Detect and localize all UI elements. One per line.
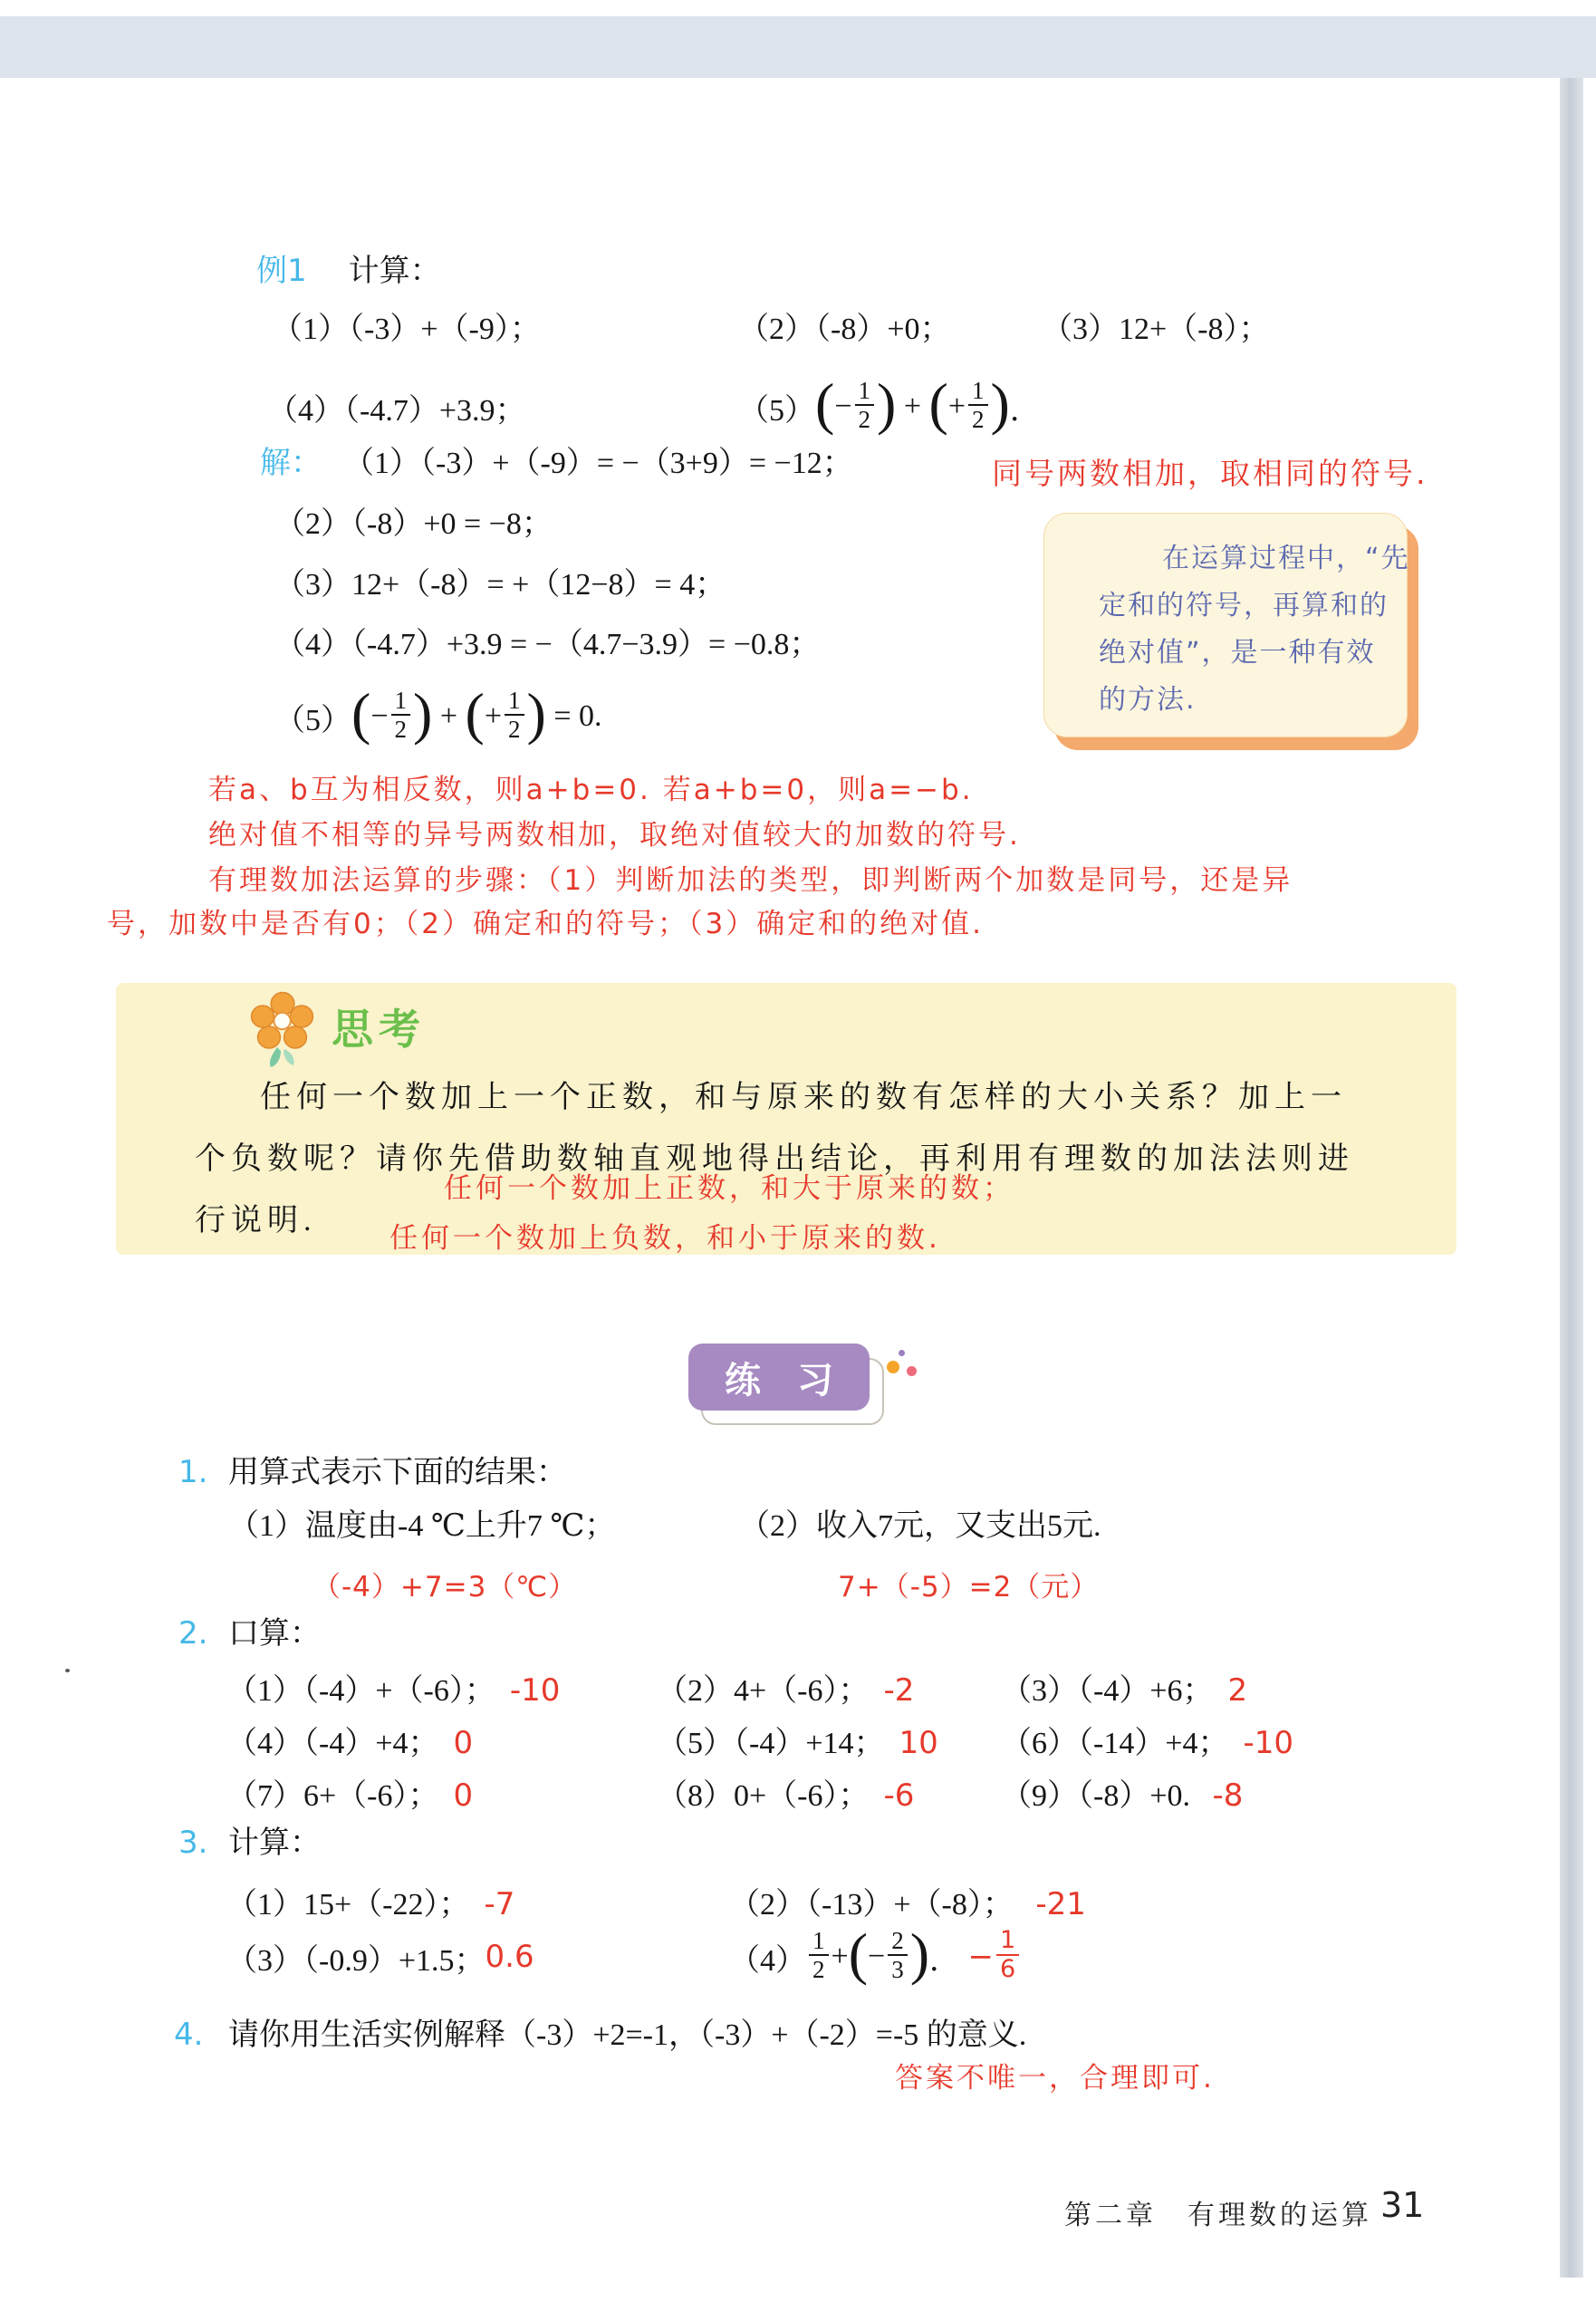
text-segment: + [832,1940,849,1974]
text-segment: -6 [884,1777,915,1814]
text-segment: − [968,1939,995,1975]
text-segment: 0.6 [486,1939,534,1975]
text-segment: -2 [884,1672,915,1709]
decor-dot-purple [899,1350,905,1356]
scan-speck [65,1669,70,1672]
text-segment: 0 [454,1777,474,1814]
solution-label: 解： [260,444,322,483]
example-problem-4-text: （4）（-4.7）+3.9； [267,385,526,429]
think-line-1: 任何一个数加上一个正数，和与原来的数有怎样的大小关系？加上一 [260,1072,1347,1116]
big-paren: ) [877,375,896,433]
text-segment: − [834,390,851,424]
text-segment: （8）0+（-6）； [657,1770,870,1815]
hand-note-4: 号，加数中是否有0；（2）确定和的符号；（3）确定和的绝对值. [107,901,984,941]
text-segment: − [868,1940,885,1974]
fraction: 12 [809,1927,829,1983]
solution-step-2: （2）（-8）+0 = −8； [274,506,553,544]
oral-calc-item: （3）（-4）+6；2 [1001,1665,1247,1710]
practice-1-number: 1. [178,1454,207,1490]
big-paren: ) [527,685,546,743]
text-segment: ． [929,1935,968,1979]
practice-1-answer-1: （-4）+7=3（℃） [312,1564,577,1604]
practice-badge: 练 习 [688,1344,870,1411]
fraction: 12 [391,687,411,743]
example-problem-5: （5）(−12) + (+12)． [738,364,1041,449]
think-title: 思考 [332,997,426,1056]
big-paren: ) [413,685,432,743]
text-segment: （3）（-4）+6； [1001,1665,1214,1710]
text-segment: （4）（-4）+4； [226,1718,439,1762]
practice-1-problem-2: （2）收入7元，又支出5元. [739,1507,1101,1546]
practice-4-number: 4. [174,2017,203,2053]
text-segment: -8 [1213,1777,1244,1814]
practice-2-title: 口算： [228,1615,321,1654]
text-segment: 2 [1228,1672,1248,1709]
fraction: 12 [968,377,988,433]
text-segment: （5）（-4）+14； [657,1718,885,1762]
practice-3-number: 3. [178,1825,207,1861]
text-segment: （4） [729,1935,806,1979]
big-paren: ( [929,375,948,433]
oral-calc-item: （8）0+（-6）；-6 [657,1770,914,1815]
fraction: 12 [855,377,875,433]
oral-calc-item: （4）（-4）+4；0 [226,1718,473,1762]
decor-dot-pink [907,1366,917,1376]
oral-calc-item: （5）（-4）+14；10 [657,1718,938,1762]
page-edge-shadow [1560,78,1583,2278]
big-paren: ( [815,375,834,433]
big-paren: ( [849,1925,868,1983]
practice-4-text: 请你用生活实例解释（-3）+2=-1，（-3）+（-2）=-5 的意义. [228,2017,1026,2056]
example-title: 计算： [349,253,441,292]
example-label: 例1 [256,252,307,291]
footer-page-number: 31 [1380,2185,1424,2225]
oral-calc-item: （7）6+（-6）；0 [226,1770,473,1815]
big-paren: ( [351,685,370,743]
solution-step-4: （4）（-4.7）+3.9 = −（4.7−3.9）= −0.8； [274,626,820,665]
practice-1-answer-2: 7+（-5）=2（元） [838,1564,1099,1604]
think-red-note-1: 任何一个数加上正数，和大于原来的数； [444,1165,1014,1206]
text-segment: （5） [274,695,351,739]
textbook-page: { "colors": { "accent": "#45b8e8", "red"… [0,0,1596,2302]
text-segment: （9）（-8）+0. [1001,1770,1198,1815]
text-segment: 10 [899,1725,938,1761]
method-note-box: 在运算过程中，“先 定和的符号，再算和的 绝对值”，是一种有效 的方法. [1043,513,1408,737]
text-segment: -10 [1244,1725,1294,1761]
text-segment: = 0. [546,699,602,734]
text-segment: 0 [454,1725,474,1761]
practice-4-red-note: 答案不唯一，合理即可. [895,2055,1215,2095]
text-segment: + [485,699,502,734]
text-segment: -21 [1035,1886,1086,1922]
note-box-line: 绝对值”，是一种有效 [1099,630,1390,677]
think-red-note-2: 任何一个数加上负数，和小于原来的数. [389,1215,941,1256]
fraction: 16 [996,1927,1019,1983]
practice-1-problem-1: （1）温度由-4 ℃上升7 ℃； [228,1507,615,1546]
text-segment: − [370,699,388,734]
text-segment: + [948,390,966,424]
decor-dot-orange [887,1361,899,1373]
note-box-line: 在运算过程中，“先 [1099,535,1390,583]
scan-top-band [0,16,1596,78]
example-problem-3: （3）12+（-8）； [1042,311,1270,350]
example-problem-2: （2）（-8）+0； [738,311,951,350]
oral-calc-item: （9）（-8）+0. -8 [1001,1770,1243,1815]
text-segment: + [896,390,928,424]
calc-item: （4）12+(−23)． −16 [729,1913,1022,2000]
text-segment: （7）6+（-6）； [226,1770,439,1815]
margin-note-red: 同号两数相加，取相同的符号. [992,450,1428,493]
practice-3-title: 计算： [228,1825,321,1864]
oral-calc-item: （6）（-14）+4；-10 [1001,1718,1293,1762]
text-segment: -10 [510,1672,561,1709]
think-line-3: 行说明. [195,1195,317,1239]
fraction: 23 [888,1927,908,1983]
text-segment: + [432,699,465,734]
calc-item: （3）（-0.9）+1.5；0.6 [226,1913,534,2000]
note-box-line: 定和的符号，再算和的 [1099,583,1390,630]
example-problem-1: （1）（-3）+（-9）； [272,311,541,350]
solution-step-3: （3）12+（-8）= +（12−8）= 4； [274,566,726,605]
oral-calc-item: （1）（-4）+（-6）；-10 [226,1665,560,1710]
example-header: 例1 计算： [256,252,441,292]
hand-note-3: 有理数加法运算的步骤：（1）判断加法的类型，即判断两个加数是同号，还是异 [208,857,1293,898]
solution-step-1: （1）（-3）+（-9）= −（3+9）= −12； [343,445,853,484]
text-segment: （6）（-14）+4； [1001,1718,1229,1762]
note-box-line: 的方法. [1099,677,1390,724]
hand-note-2: 绝对值不相等的异号两数相加，取绝对值较大的加数的符号. [208,812,1021,852]
text-segment: ． [1010,385,1041,429]
text-segment: （5） [738,385,815,429]
footer-chapter: 第二章 有理数的运算 [1064,2192,1372,2232]
fraction: 12 [505,687,524,743]
solution-line-1: 解： （1）（-3）+（-9）= −（3+9）= −12； [260,444,853,484]
big-paren: ) [991,375,1010,433]
big-paren: ( [466,685,485,743]
oral-calc-item: （2）4+（-6）；-2 [657,1665,914,1710]
big-paren: ) [910,1925,929,1983]
practice-2-number: 2. [178,1615,207,1652]
text-segment: （3）（-0.9）+1.5； [226,1935,486,1979]
text-segment: （1）（-4）+（-6）； [226,1665,495,1710]
text-segment: （2）4+（-6）； [657,1665,870,1710]
hand-note-1: 若a、b互为相反数，则a+b=0. 若a+b=0，则a=−b. [208,766,974,807]
example-problem-4: （4）（-4.7）+3.9； [267,364,526,449]
solution-step-5: （5）(−12) + (+12) = 0. [274,674,602,759]
flower-icon [246,989,319,1074]
practice-1-title: 用算式表示下面的结果： [228,1454,567,1493]
